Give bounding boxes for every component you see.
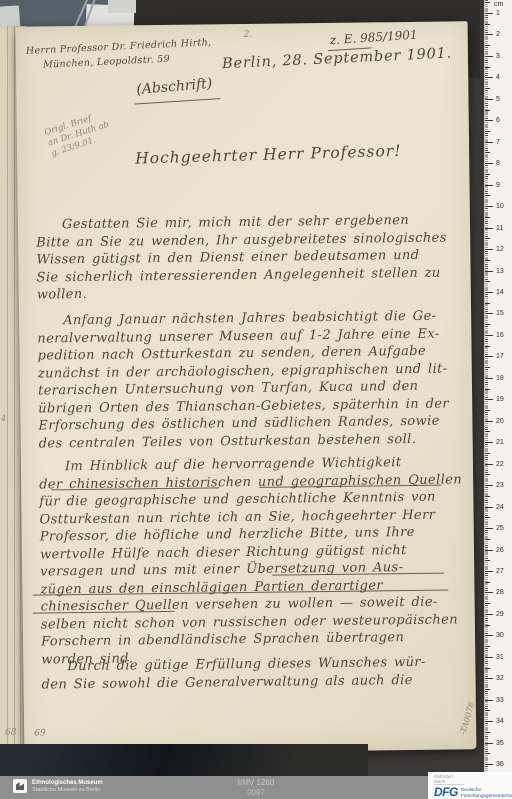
ruler-half-tick [485, 689, 490, 690]
ruler-number: 14 [496, 289, 511, 296]
ruler-number: 8 [496, 160, 511, 167]
ruler-number: 34 [496, 718, 511, 725]
ruler-scale: cm 1234567891011121314151617181920212223… [484, 0, 512, 776]
ruler-cm-tick [485, 99, 493, 100]
ruler-cm-tick [485, 378, 493, 379]
ruler-half-tick [485, 389, 490, 390]
ruler-number: 32 [496, 675, 511, 682]
ruler-number: 4 [496, 74, 511, 81]
salutation: Hochgeehrter Herr Professor! [135, 142, 402, 168]
ruler-cm-tick [485, 56, 493, 57]
caption-bar: I/MV 1260 0097 Ethnologisches Museum Sta… [0, 776, 512, 799]
ruler-number: 7 [496, 139, 511, 146]
ruler-cm-tick [485, 507, 493, 508]
ruler-half-tick [485, 303, 490, 304]
ruler-cm-tick [485, 464, 493, 465]
ruler-half-tick [485, 603, 490, 604]
archival-scan-photo: 4. 68 Herrn Professor Dr. Friedrich Hirt… [0, 0, 512, 799]
ruler-number: 18 [496, 375, 511, 382]
ruler-number: 3 [496, 53, 511, 60]
ruler-half-tick [485, 45, 490, 46]
ruler-number: 25 [496, 525, 511, 532]
ruler-number: 31 [496, 654, 511, 661]
ruler-cm-tick [485, 678, 493, 679]
ruler-cm-tick [485, 335, 493, 336]
ruler-cm-tick [485, 292, 493, 293]
paper-stack-top-sheet [108, 0, 136, 13]
ruler-number: 17 [496, 353, 511, 360]
dispatch-note: Origl. Brief an Dr. Huth ab g. 23/9.01. [43, 109, 114, 160]
ruler-half-tick [485, 431, 490, 432]
ruler-number: 33 [496, 697, 511, 704]
ruler-unit-label: cm [494, 1, 503, 8]
ruler-cm-tick [485, 142, 493, 143]
ruler-number: 35 [496, 740, 511, 747]
ruler-half-tick [485, 753, 490, 754]
ruler-cm-tick [485, 721, 493, 722]
ruler-half-tick [485, 732, 490, 733]
ruler-cm-tick [485, 13, 493, 14]
museum-credit-text: Ethnologisches Museum Staatliche Museen … [32, 780, 103, 793]
ruler-half-tick [485, 131, 490, 132]
photo-code: -TA0078 [458, 701, 476, 736]
ruler-number: 2 [496, 31, 511, 38]
ruler-number: 5 [496, 96, 511, 103]
ruler-cm-tick [485, 592, 493, 593]
ruler-cm-tick [485, 485, 493, 486]
ruler-number: 9 [496, 182, 511, 189]
recipient-note-line2: München, Leopoldstr. 59 [43, 54, 170, 71]
ruler-number: 19 [496, 396, 511, 403]
ruler-half-tick [485, 2, 490, 3]
ruler-number: 15 [496, 310, 511, 317]
ruler-cm-tick [485, 700, 493, 701]
ruler-cm-tick [485, 614, 493, 615]
ruler-number: 30 [496, 632, 511, 639]
ruler-cm-tick [485, 571, 493, 572]
ruler-half-tick [485, 217, 490, 218]
ruler-number: 24 [496, 504, 511, 511]
ruler-half-tick [485, 560, 490, 561]
ruler-cm-tick [485, 743, 493, 744]
ruler-cm-tick [485, 528, 493, 529]
paragraph-2: Anfang Januar nächsten Jahres beabsichti… [37, 307, 459, 452]
ruler-half-tick [485, 238, 490, 239]
ink-underline [135, 98, 221, 105]
folio-number-right: 69 [34, 728, 46, 738]
ruler-number: 12 [496, 246, 511, 253]
ruler-half-tick [485, 281, 490, 282]
ruler-half-tick [485, 174, 490, 175]
ruler-cm-tick [485, 34, 493, 35]
dfg-abbreviation: DFG [434, 786, 458, 798]
ruler-cm-tick [485, 442, 493, 443]
margin-pencil-mark: 4. [1, 414, 9, 423]
ruler-half-tick [485, 24, 490, 25]
funder-note: Gefördert durch [434, 774, 464, 785]
smb-museum-logo-icon [13, 779, 27, 793]
page-edge-line [7, 26, 8, 748]
ruler-half-tick [485, 582, 490, 583]
ruler-cm-tick [485, 313, 493, 314]
ruler-number: 6 [496, 117, 511, 124]
table-edge-shadow [0, 744, 368, 776]
ruler-half-tick [485, 195, 490, 196]
ruler-cm-tick [485, 163, 493, 164]
museum-name: Ethnologisches Museum [32, 780, 103, 787]
pencil-sheet-number: 2. [244, 30, 253, 40]
paragraph-1: Gestatten Sie mir, mich mit der sehr erg… [36, 211, 457, 304]
ruler-half-tick [485, 152, 490, 153]
ruler-half-tick [485, 88, 490, 89]
ruler-cm-tick [485, 206, 493, 207]
ruler-cm-tick [485, 271, 493, 272]
dfg-full-name: Deutsche Forschungsgemeinschaft [461, 786, 512, 799]
ruler-cm-tick [485, 249, 493, 250]
ruler-cm-tick [485, 764, 493, 765]
page-edge-line [14, 26, 15, 748]
ruler-half-tick [485, 710, 490, 711]
ruler-number: 11 [496, 225, 511, 232]
folio-number-left: 68 [5, 728, 16, 738]
ruler-cm-tick [485, 356, 493, 357]
ruler-number: 22 [496, 461, 511, 468]
ruler-number: 29 [496, 611, 511, 618]
ruler-number: 16 [496, 332, 511, 339]
ruler-cm-tick [485, 635, 493, 636]
ruler-half-tick [485, 668, 490, 669]
museum-subtitle: Staatliche Museen zu Berlin [32, 787, 103, 793]
ruler-half-tick [485, 110, 490, 111]
ruler-number: 21 [496, 439, 511, 446]
ruler-number: 27 [496, 568, 511, 575]
ruler-half-tick [485, 474, 490, 475]
letter-page: Herrn Professor Dr. Friedrich Hirth, Mün… [16, 21, 477, 754]
ruler-cm-tick [485, 399, 493, 400]
recipient-note-line1: Herrn Professor Dr. Friedrich Hirth, [26, 37, 212, 57]
ruler-cm-tick [485, 228, 493, 229]
ruler-half-tick [485, 646, 490, 647]
ruler-number: 23 [496, 482, 511, 489]
copy-annotation: (Abschrift) [136, 76, 213, 98]
ruler-half-tick [485, 517, 490, 518]
ruler-cm-tick [485, 550, 493, 551]
ruler-half-tick [485, 453, 490, 454]
ruler-number: 1 [496, 10, 511, 17]
ruler-half-tick [485, 346, 490, 347]
ruler-cm-tick [485, 185, 493, 186]
ruler-half-tick [485, 625, 490, 626]
paragraph-4: Durch die gütige Erfüllung dieses Wunsch… [41, 653, 461, 693]
ruler-number: 28 [496, 589, 511, 596]
ruler-cm-tick [485, 77, 493, 78]
ruler-half-tick [485, 367, 490, 368]
dfg-logo-box: Gefördert durch DFG Deutsche Forschungsg… [428, 772, 512, 799]
museum-credit: Ethnologisches Museum Staatliche Museen … [13, 779, 103, 793]
ruler-half-tick [485, 496, 490, 497]
ruler-number: 13 [496, 268, 511, 275]
registry-number: z. E. 985/1901 [329, 28, 418, 48]
ruler-cm-tick [485, 657, 493, 658]
ruler-half-tick [485, 260, 490, 261]
ruler-number: 20 [496, 418, 511, 425]
ruler-half-tick [485, 67, 490, 68]
ruler-number: 10 [496, 203, 511, 210]
ruler-half-tick [485, 539, 490, 540]
dfg-name-line2: Forschungsgemeinschaft [461, 794, 512, 799]
ruler-number: 26 [496, 547, 511, 554]
dfg-logo: DFG Deutsche Forschungsgemeinschaft [434, 786, 512, 799]
ruler-number: 36 [496, 761, 511, 768]
ruler-half-tick [485, 410, 490, 411]
ruler-cm-tick [485, 421, 493, 422]
ruler-cm-tick [485, 120, 493, 121]
ruler-half-tick [485, 324, 490, 325]
